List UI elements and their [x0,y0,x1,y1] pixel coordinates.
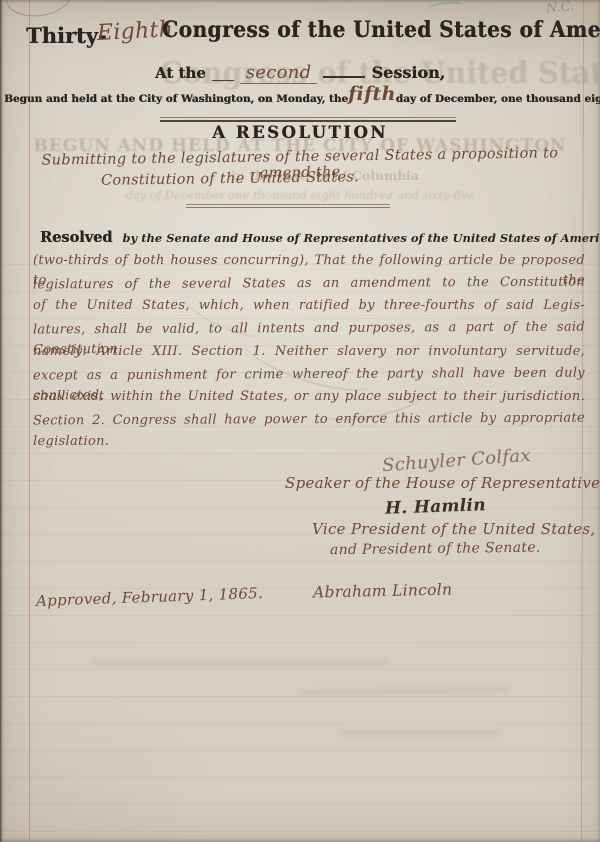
begun-line: Begun and held at the City of Washington… [4,85,598,107]
divider-rule-top [160,117,456,122]
begun-day-handwritten: fifth [348,83,396,105]
president-signature: Abraham Lincoln [313,581,453,602]
session-line: At the second Session, [150,62,450,84]
dash-rule [323,76,365,78]
session-prefix: At the [155,64,206,82]
ghost-date-text: day of December one thousand eight hundr… [40,188,560,202]
corner-pencil-note: N.C. [545,0,574,16]
document-page: N.C. Congress of the United States BEGUN… [0,0,600,842]
showthrough-smudge [300,686,510,696]
body-line: legislatures of the several States as an… [33,273,585,296]
resolved-clause: by the Senate and House of Representativ… [123,231,600,245]
resolved-word: Resolved [40,229,112,246]
oval-stamp-icon [4,0,75,20]
divider-rule-bottom [186,204,390,208]
enacting-clause: Resolved by the Senate and House of Repr… [40,227,560,246]
body-line: namely: Article XIII. Section 1. Neither… [33,342,585,362]
vice-president-title-line2: and President of the Senate. [330,540,530,558]
begun-prefix: Begun and held at the City of Washington… [4,93,348,105]
session-suffix: Session, [371,63,445,82]
underscore-rule [212,80,234,81]
showthrough-smudge [90,660,390,665]
vice-president-title-line1: Vice President of the United States, [312,520,574,538]
approval-note: Approved, February 1, 1865. [36,584,264,610]
resolution-heading: A RESOLUTION [0,123,600,142]
speaker-title: Speaker of the House of Representatives. [285,474,577,492]
vice-president-signature: H. Hamlin [385,495,487,519]
scan-edge-top [0,0,600,3]
resolution-subtitle-line2: Constitution of the United States. [60,169,400,190]
scan-edge-bottom [0,838,600,842]
page-title: Congress of the United States of America… [162,17,594,43]
body-line: shall exist within the United States, or… [33,387,585,407]
session-value-handwritten: second [240,62,318,84]
body-line: Section 2. Congress shall have power to … [33,409,585,432]
begun-middle: day of December, one thousand eight hund… [396,93,600,105]
showthrough-smudge [340,730,500,736]
congress-number-printed: Thirty- [26,23,107,48]
body-line: of the United States, which, when ratifi… [33,296,585,316]
